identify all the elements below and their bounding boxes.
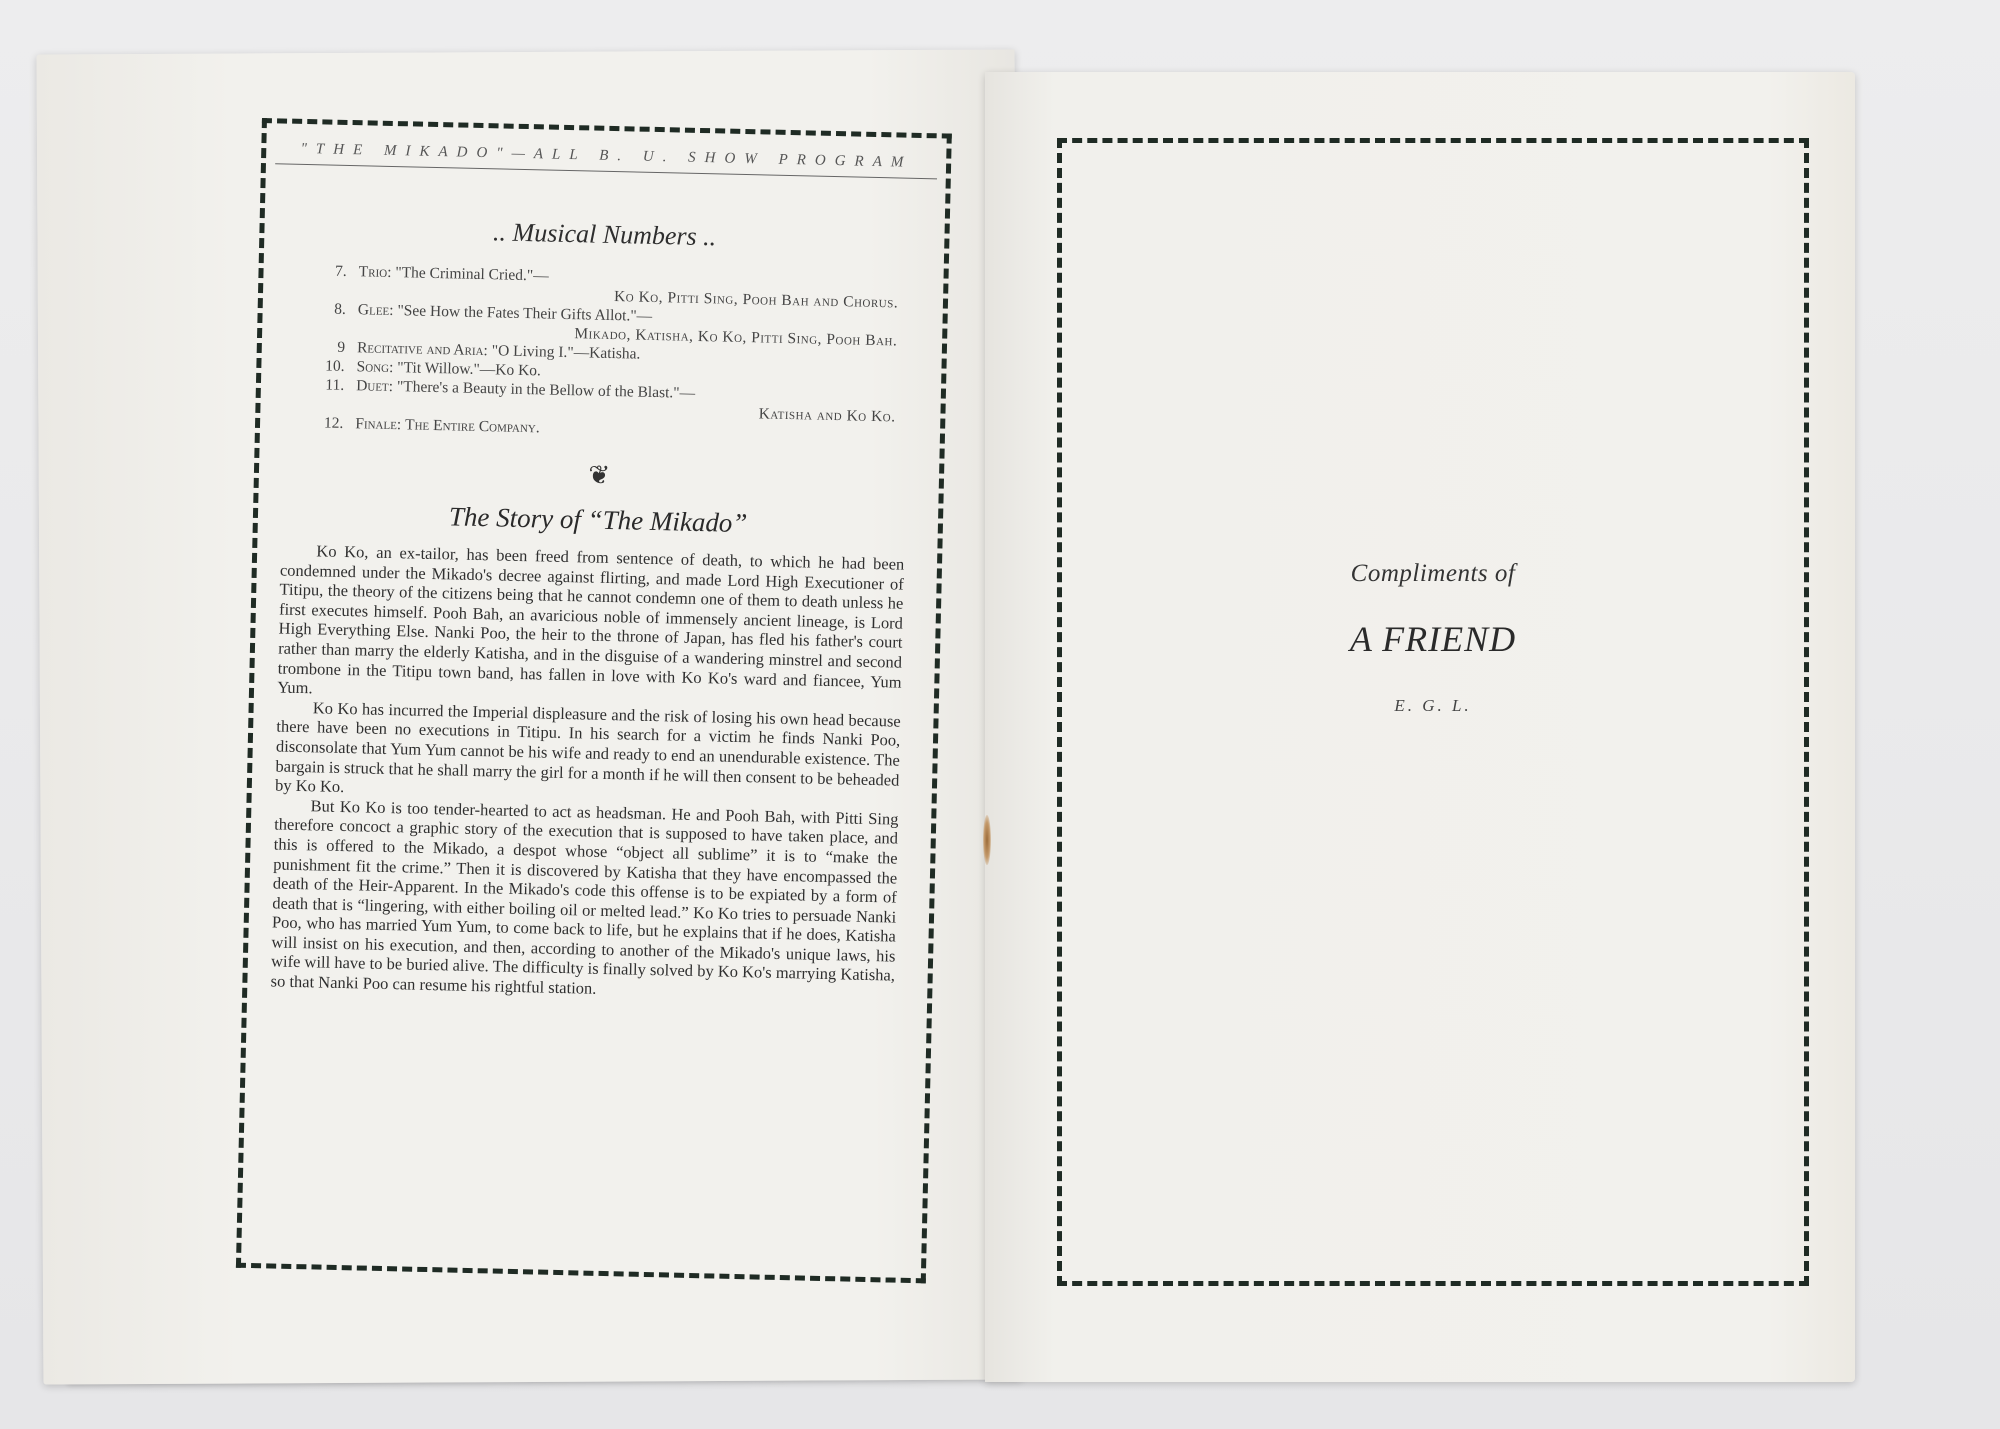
fleuron-ornament-icon: ❦ <box>254 453 945 499</box>
left-page-content: "THE MIKADO"—ALL B. U. SHOW PROGRAM .. M… <box>242 128 951 1006</box>
story-paragraph: But Ko Ko is too tender-hearted to act a… <box>270 795 898 1005</box>
item-title: The Entire Company. <box>405 416 540 436</box>
item-type: Recitative and Aria: <box>357 339 488 359</box>
item-number: 10. <box>306 356 344 376</box>
item-number: 9 <box>307 337 345 357</box>
donor-initials: E. G. L. <box>1057 696 1809 716</box>
item-type: Glee: <box>358 301 394 319</box>
item-type: Trio: <box>359 263 392 281</box>
item-number: 8. <box>308 299 346 319</box>
item-title: "Tit Willow."—Ko Ko. <box>397 359 541 379</box>
story-paragraph: Ko Ko, an ex-tailor, has been freed from… <box>277 541 904 712</box>
running-head: "THE MIKADO"—ALL B. U. SHOW PROGRAM <box>275 140 937 179</box>
donor-name: A FRIEND <box>1057 618 1809 660</box>
gutter-rust-stain <box>983 815 991 865</box>
musical-numbers-list: 7.Trio: "The Criminal Cried."— Ko Ko, Pi… <box>305 261 899 445</box>
story-title: The Story of “The Mikado” <box>253 497 944 544</box>
item-number: 11. <box>306 375 344 395</box>
item-type: Song: <box>356 358 393 376</box>
item-number: 12. <box>305 413 343 433</box>
story-body: Ko Ko, an ex-tailor, has been freed from… <box>270 541 904 1006</box>
item-title: "The Criminal Cried."— <box>395 264 549 284</box>
item-title: "O Living I."—Katisha. <box>492 342 641 362</box>
compliments-of-text: Compliments of <box>1057 560 1809 588</box>
musical-numbers-title: .. Musical Numbers .. <box>259 212 950 258</box>
story-paragraph: Ko Ko has incurred the Imperial displeas… <box>275 697 901 809</box>
item-number: 7. <box>309 261 347 281</box>
item-type: Finale: <box>355 415 401 433</box>
item-type: Duet: <box>356 377 393 395</box>
right-page-content: Compliments of A FRIEND E. G. L. <box>1057 560 1809 716</box>
